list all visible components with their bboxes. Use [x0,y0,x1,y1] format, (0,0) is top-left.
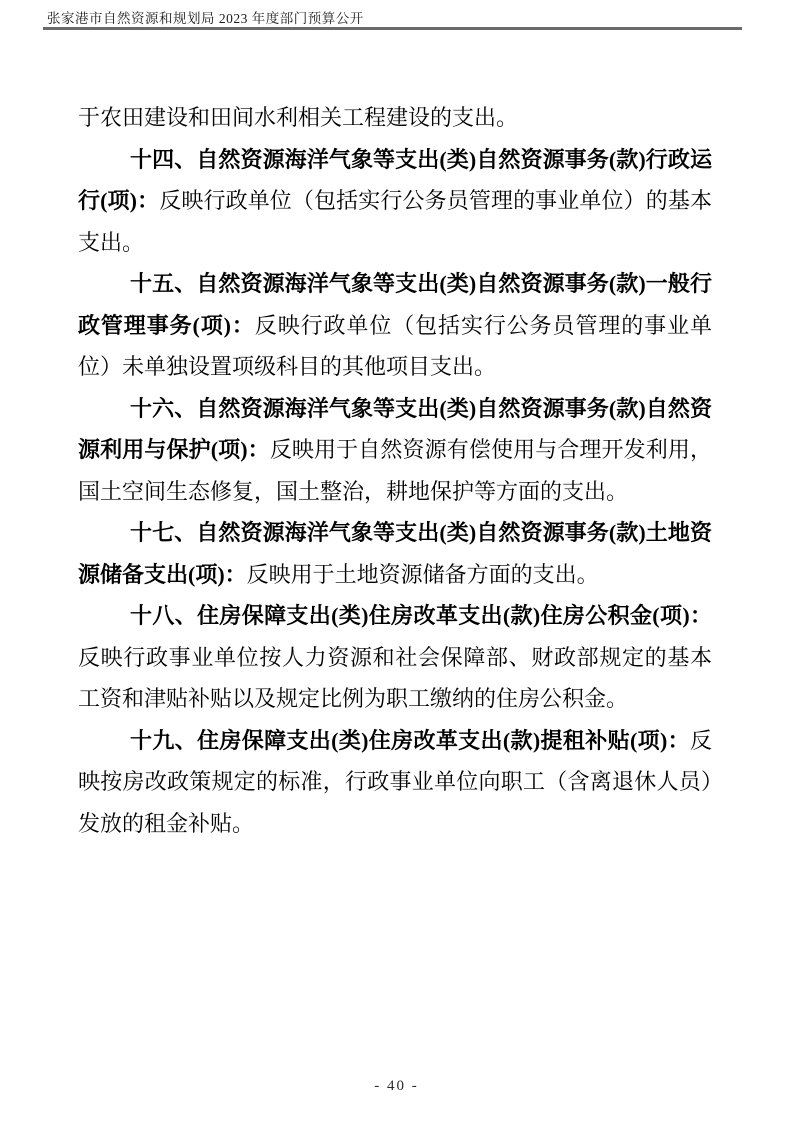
section-paragraph-15: 十五、自然资源海洋气象等支出(类)自然资源事务(款)一般行政管理事务(项)：反映… [78,263,712,388]
paragraph-continuation: 于农田建设和田间水利相关工程建设的支出。 [78,97,712,139]
section-paragraph-16: 十六、自然资源海洋气象等支出(类)自然资源事务(款)自然资源利用与保护(项)：反… [78,388,712,513]
header-divider [43,27,742,30]
section-paragraph-14: 十四、自然资源海洋气象等支出(类)自然资源事务(款)行政运行(项)：反映行政单位… [78,139,712,264]
section-body: 反映用于土地资源储备方面的支出。 [247,562,599,587]
section-heading: 十八、住房保障支出(类)住房改革支出(款)住房公积金(项)： [130,603,712,628]
document-body: 于农田建设和田间水利相关工程建设的支出。 十四、自然资源海洋气象等支出(类)自然… [78,97,712,844]
section-body: 反映行政单位（包括实行公务员管理的事业单位）的基本支出。 [78,188,712,255]
section-heading: 十九、住房保障支出(类)住房改革支出(款)提租补贴(项)： [130,728,690,753]
section-paragraph-19: 十九、住房保障支出(类)住房改革支出(款)提租补贴(项)：反映按房改政策规定的标… [78,720,712,845]
section-paragraph-17: 十七、自然资源海洋气象等支出(类)自然资源事务(款)土地资源储备支出(项)：反映… [78,512,712,595]
page-header-title: 张家港市自然资源和规划局 2023 年度部门预算公开 [47,10,364,27]
page-number: - 40 - [0,1078,793,1095]
document-page: 张家港市自然资源和规划局 2023 年度部门预算公开 于农田建设和田间水利相关工… [0,0,793,1122]
section-paragraph-18: 十八、住房保障支出(类)住房改革支出(款)住房公积金(项)：反映行政事业单位按人… [78,595,712,720]
section-body: 反映行政事业单位按人力资源和社会保障部、财政部规定的基本工资和津贴补贴以及规定比… [78,645,712,712]
